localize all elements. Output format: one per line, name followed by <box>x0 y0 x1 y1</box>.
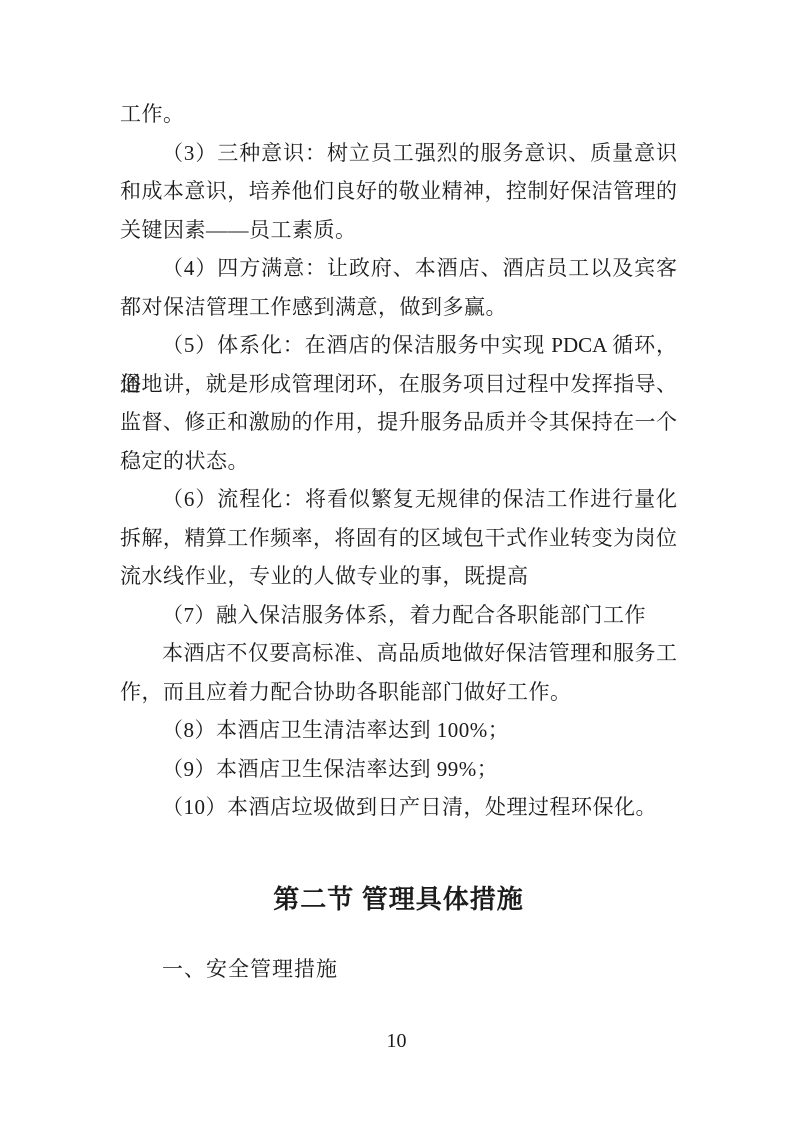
section-heading: 第二节 管理具体措施 <box>120 880 677 920</box>
page-number: 10 <box>0 1026 793 1056</box>
text-line: 本酒店不仅要高标准、高品质地做好保洁管理和服务工 <box>120 634 677 673</box>
text-line: 流水线作业，专业的人做专业的事，既提高 <box>120 557 677 596</box>
text-line: （6）流程化：将看似繁复无规律的保洁工作进行量化 <box>120 480 677 519</box>
document-page: 工作。（3）三种意识：树立员工强烈的服务意识、质量意识和成本意识，培养他们良好的… <box>0 0 793 1122</box>
text-line: （9）本酒店卫生保洁率达到 99%； <box>120 750 677 789</box>
text-line: （5）体系化：在酒店的保洁服务中实现 PDCA 循环，通 <box>120 326 677 365</box>
sub-heading: 一、安全管理措施 <box>120 950 677 989</box>
text-line: 监督、修正和激励的作用，提升服务品质并令其保持在一个 <box>120 403 677 442</box>
body-text: 工作。（3）三种意识：树立员工强烈的服务意识、质量意识和成本意识，培养他们良好的… <box>120 95 677 827</box>
text-line: （4）四方满意：让政府、本酒店、酒店员工以及宾客 <box>120 249 677 288</box>
text-line: 和成本意识，培养他们良好的敬业精神，控制好保洁管理的 <box>120 172 677 211</box>
text-line: 工作。 <box>120 95 677 134</box>
text-line: （7）融入保洁服务体系，着力配合各职能部门工作 <box>120 596 677 635</box>
text-line: 稳定的状态。 <box>120 442 677 481</box>
text-line: （10）本酒店垃圾做到日产日清，处理过程环保化。 <box>120 788 677 827</box>
text-line: 都对保洁管理工作感到满意，做到多赢。 <box>120 288 677 327</box>
text-line: 关键因素——员工素质。 <box>120 211 677 250</box>
text-line: （8）本酒店卫生清洁率达到 100%； <box>120 711 677 750</box>
text-line: 拆解，精算工作频率，将固有的区域包干式作业转变为岗位 <box>120 519 677 558</box>
text-line: 俗地讲，就是形成管理闭环，在服务项目过程中发挥指导、 <box>120 365 677 404</box>
text-line: （3）三种意识：树立员工强烈的服务意识、质量意识 <box>120 134 677 173</box>
text-line: 作，而且应着力配合协助各职能部门做好工作。 <box>120 673 677 712</box>
